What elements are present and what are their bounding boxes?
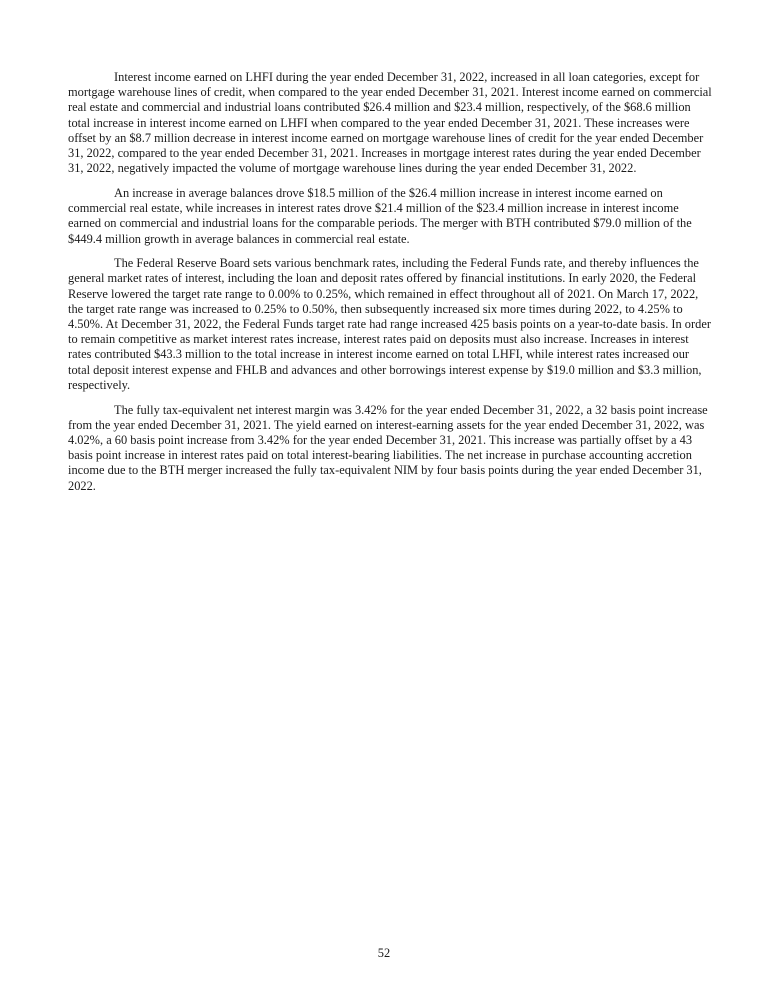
paragraph-federal-reserve-rates: The Federal Reserve Board sets various b… <box>68 256 714 393</box>
paragraph-net-interest-margin: The fully tax-equivalent net interest ma… <box>68 403 714 494</box>
document-body: Interest income earned on LHFI during th… <box>68 70 714 503</box>
paragraph-average-balances: An increase in average balances drove $1… <box>68 186 714 247</box>
paragraph-lhfi-interest-income: Interest income earned on LHFI during th… <box>68 70 714 176</box>
page-number: 52 <box>0 946 768 961</box>
